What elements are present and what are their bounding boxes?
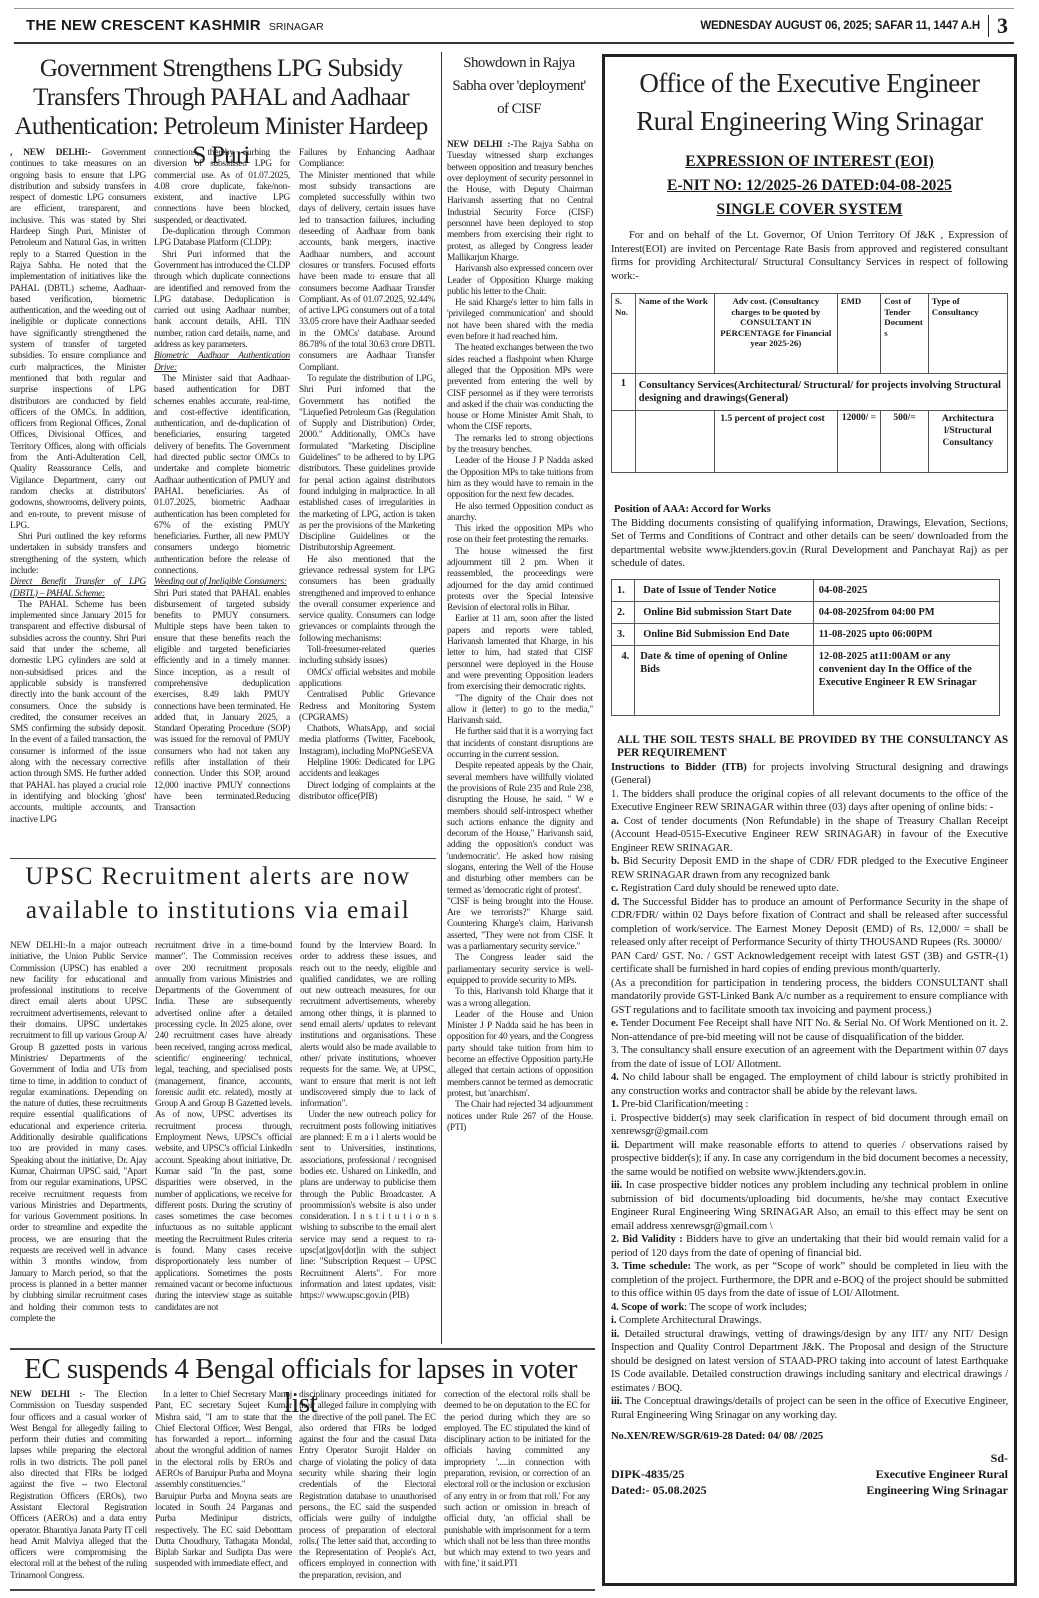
rajya-paragraph: He also termed Opposition conduct as ana… — [447, 502, 593, 525]
page-number: 3 — [997, 13, 1008, 39]
rajya-paragraph: He said Kharge's letter to him falls in … — [447, 298, 593, 343]
itb-heading: Instructions to Bidder (ITB) — [611, 762, 747, 773]
item-label: 1. — [611, 1099, 619, 1110]
instruction-item: In case prospective bidder notices any p… — [611, 1180, 1008, 1232]
upsc-paragraph: NEW DELHI:-In a major outreach initiativ… — [10, 941, 147, 1325]
lpg-dateline: , NEW DELHI:- — [10, 148, 91, 158]
rajya-paragraph: "The dignity of the Chair does not allow… — [447, 694, 593, 728]
lpg-paragraph: Failures by Enhancing Aadhaar Compliance… — [299, 148, 435, 171]
office-title-line-2: Rural Engineering Wing Srinagar — [611, 103, 1008, 139]
instruction-item: Tender Document Fee Receipt shall have N… — [611, 1018, 1008, 1043]
eoi-intro: For and on behalf of the Lt. Governor, O… — [611, 229, 1008, 283]
schedule-value: 04-08-2025 — [813, 579, 999, 601]
gst-note: (As a precondition for participation in … — [611, 977, 1008, 1018]
dipk-date: Dated:- 05.08.2025 — [611, 1482, 707, 1498]
rajya-dateline: NEW DELHI :- — [447, 140, 513, 150]
ec-paragraph: disciplinary proceedings initiated for t… — [299, 1390, 436, 1582]
grievance-mechanism: Chatbots, WhatsApp, and social media pla… — [299, 724, 435, 758]
cover-system-heading: SINGLE COVER SYSTEM — [611, 199, 1008, 221]
work-tender-cost: 500/= — [881, 411, 929, 473]
upsc-column-1: NEW DELHI:-In a major outreach initiativ… — [10, 941, 147, 1345]
lpg-paragraph: He also mentioned that the grievance red… — [299, 555, 435, 645]
ec-column-2: In a letter to Chief Secretary Manoj Pan… — [155, 1390, 292, 1586]
masthead: THE NEW CRESCENT KASHMIR SRINAGAR WEDNES… — [14, 8, 1014, 44]
schedule-no: 2. — [612, 601, 635, 623]
grievance-mechanism: Toll-freesumer-related queries including… — [299, 645, 435, 668]
eoi-heading: EXPRESSION OF INTEREST (EOI) — [611, 151, 1008, 173]
schedule-table: 1. Date of Issue of Tender Notice 04-08-… — [611, 579, 1000, 716]
rajya-paragraph: The remarks led to strong objections by … — [447, 434, 593, 457]
rajya-paragraph: The Rajya Sabha on Tuesday witnessed sha… — [447, 140, 593, 263]
schedule-value: 04-08-2025from 04:00 PM — [813, 601, 999, 623]
grievance-mechanism: OMCs' official websites and mobile appli… — [299, 668, 435, 691]
upsc-column-2: recruitment drive in a time-bound manner… — [155, 941, 292, 1345]
lpg-column-1: , NEW DELHI:- Government continues to ta… — [10, 148, 146, 854]
instruction-item: Pre-bid Clarification/meeting : — [619, 1099, 748, 1110]
grievance-mechanism: Centralised Public Grievance Redress and… — [299, 690, 435, 724]
rajya-paragraph: "CISF is being brought into the House. A… — [447, 897, 593, 953]
col-header-emd: EMD — [837, 294, 881, 374]
lpg-subheading: De-duplication through Common LPG Databa… — [154, 227, 290, 250]
office-title-line-1: Office of the Executive Engineer — [611, 65, 1008, 101]
instruction-item: Department will make reasonable efforts … — [611, 1140, 1008, 1178]
rajya-paragraph: Despite repeated appeals by the Chair, s… — [447, 761, 593, 897]
signature-row: Dated:- 05.08.2025 Engineering Wing Srin… — [611, 1482, 1008, 1498]
instruction-item: The Conceptual drawings/details of proje… — [611, 1396, 1008, 1421]
ec-column-4: correction of the electoral rolls shall … — [444, 1390, 590, 1586]
ec-paragraph: The Election Commission on Tuesday suspe… — [10, 1390, 147, 1581]
schedule-value: 11-08-2025 upto 06:00PM — [813, 623, 999, 645]
lpg-paragraph: Shri Puri outlined the key reforms under… — [10, 532, 146, 577]
lpg-paragraph: The Minister said that Aadhaar-based aut… — [154, 374, 290, 577]
schedule-row: 3. Online Bid Submission End Date 11-08-… — [612, 623, 1000, 645]
col-header-work: Name of the Work — [635, 294, 714, 374]
lpg-paragraph: The Minister mentioned that while most s… — [299, 171, 435, 374]
schedule-no: 3. — [612, 623, 635, 645]
work-table-header: S. No. Name of the Work Adv cost. (Consu… — [612, 294, 1008, 374]
schedule-no: 1. — [612, 579, 635, 601]
ec-paragraph: correction of the electoral rolls shall … — [444, 1390, 590, 1571]
empty-cell — [612, 411, 636, 473]
page-bottom-rule — [10, 1589, 595, 1591]
work-name: Consultancy Services(Architectural/ Stru… — [635, 374, 1007, 411]
instructions-to-bidder: Instructions to Bidder (ITB) for project… — [611, 761, 1008, 1423]
instruction-item: Bid Security Deposit EMD in the shape of… — [611, 856, 1008, 881]
rajya-paragraph: The house witnessed the first adjournmen… — [447, 547, 593, 615]
item-label: iii. — [611, 1180, 622, 1191]
ec-dateline: NEW DELHI :- — [10, 1390, 85, 1400]
tender-advertisement: Office of the Executive Engineer Rural E… — [602, 54, 1017, 1586]
schedule-row: 2. Online Bid submission Start Date 04-0… — [612, 601, 1000, 623]
instruction-item: i. Prospective bidder(s) may seek clarif… — [611, 1112, 1008, 1139]
col-header-sno: S. No. — [612, 294, 636, 374]
instruction-item: No child labour shall be engaged. The em… — [611, 1072, 1008, 1097]
schedule-label: Date of Issue of Tender Notice — [635, 579, 814, 601]
work-consultancy-type: Architectura l/Structural Consultancy — [928, 411, 1007, 473]
ec-column-3: disciplinary proceedings initiated for t… — [299, 1390, 436, 1586]
item-label: 4. Scope of work — [611, 1302, 684, 1313]
item-label: 4. — [611, 1072, 619, 1083]
rajya-paragraph: Leader of the House J P Nadda asked the … — [447, 456, 593, 501]
rajya-paragraph: He further said that it is a worrying fa… — [447, 727, 593, 761]
instruction-item: : The scope of work includes; — [684, 1302, 807, 1313]
instruction-item: Complete Architectural Drawings. — [616, 1315, 761, 1326]
signature-row: DIPK-4835/25 Executive Engineer Rural — [611, 1466, 1008, 1482]
instruction-item: PAN Card/ GST. No. / GST Acknowledgement… — [611, 950, 1008, 977]
item-label: a. — [611, 816, 619, 827]
work-table: S. No. Name of the Work Adv cost. (Consu… — [611, 293, 1008, 473]
rajya-paragraph: Harivansh also expressed concern over Le… — [447, 264, 593, 298]
upsc-paragraph: found by the Interview Board. In order t… — [300, 941, 436, 1110]
item-label: 3. Time schedule: — [611, 1261, 691, 1272]
lpg-paragraph: Government continues to take measures on… — [10, 148, 146, 531]
rajya-paragraph: Earlier at 11 am, soon after the listed … — [447, 614, 593, 693]
lpg-subheading: Biometric Aadhaar Authentication Drive: — [154, 351, 290, 372]
ec-column-1: NEW DELHI :- The Election Commission on … — [10, 1390, 147, 1586]
schedule-label: Online Bid submission Start Date — [635, 601, 814, 623]
masthead-divider — [988, 15, 989, 37]
grievance-mechanism: Helpline 1906: Dedicated for LPG acciden… — [299, 758, 435, 781]
lpg-column-3: Failures by Enhancing Aadhaar Compliance… — [299, 148, 435, 854]
rajya-column: NEW DELHI :-The Rajya Sabha on Tuesday w… — [447, 140, 593, 1344]
schedule-no: 4. — [612, 645, 635, 715]
rajya-paragraph: Leader of the House and Union Minister J… — [447, 1010, 593, 1100]
upsc-headline: UPSC Recruitment alerts are now availabl… — [8, 860, 428, 928]
newspaper-name: THE NEW CRESCENT KASHMIR — [26, 17, 261, 34]
rajya-paragraph: The Chair had rejected 34 adjournment no… — [447, 1100, 593, 1134]
empty-cell — [635, 411, 714, 473]
lpg-column-2: connections, thereby curbing the diversi… — [154, 148, 290, 854]
dipk-number: DIPK-4835/25 — [611, 1466, 684, 1482]
issue-date: WEDNESDAY AUGUST 06, 2025; SAFAR 11, 144… — [700, 20, 980, 32]
bidding-documents-text: The Bidding documents consisting of qual… — [611, 517, 1008, 571]
lpg-paragraph: connections, thereby curbing the diversi… — [154, 148, 290, 227]
schedule-row: 4. Date & time of opening of Online Bids… — [612, 645, 1000, 715]
item-label: 2. Bid Validity : — [611, 1234, 683, 1245]
rajya-paragraph: This irked the opposition MPs who rose o… — [447, 524, 593, 547]
work-adv-cost: 1.5 percent of project cost — [714, 411, 837, 473]
newspaper-city: SRINAGAR — [269, 21, 324, 33]
instruction-item: The Successful Bidder has to produce an … — [611, 897, 1008, 949]
section-divider — [10, 1348, 595, 1350]
instruction-item: 3. The consultancy shall ensure executio… — [611, 1044, 1008, 1071]
item-label: ii. — [611, 1329, 619, 1340]
schedule-label: Date & time of opening of Online Bids — [635, 645, 814, 715]
upsc-column-3: found by the Interview Board. In order t… — [300, 941, 436, 1345]
rajya-paragraph: To this, Harivansh told Kharge that it w… — [447, 987, 593, 1010]
schedule-value: 12-08-2025 at11:00AM or any convenient d… — [813, 645, 999, 715]
schedule-label: Online Bid Submission End Date — [635, 623, 814, 645]
col-header-adv-cost: Adv cost. (Consultancy charges to be quo… — [714, 294, 837, 374]
rajya-paragraph: The Congress leader said the parliamenta… — [447, 953, 593, 987]
signatory-line-2: Engineering Wing Srinagar — [866, 1482, 1008, 1498]
work-table-row: 1.5 percent of project cost 12000/ = 500… — [612, 411, 1008, 473]
instruction-item: Registration Card duly should be renewed… — [618, 883, 838, 894]
item-label: ii. — [611, 1140, 619, 1151]
signature-sd: Sd- — [991, 1450, 1008, 1466]
instruction-item: 1. The bidders shall produce the origina… — [611, 788, 1008, 815]
ec-paragraph: In a letter to Chief Secretary Manoj Pan… — [155, 1390, 292, 1492]
signature-block: Sd- — [611, 1450, 1008, 1466]
instruction-item: Cost of tender documents (Non Refundable… — [611, 816, 1008, 854]
work-sno: 1 — [612, 374, 636, 411]
item-label: iii. — [611, 1396, 622, 1407]
aaa-heading: Position of AAA: Accord for Works — [611, 503, 1008, 517]
instruction-item: Detailed structural drawings, vetting of… — [611, 1329, 1008, 1394]
col-header-tender-cost: Cost of Tender Document s — [881, 294, 929, 374]
work-emd: 12000/ = — [837, 411, 881, 473]
lpg-subheading: Weeding out of Ineligible Consumers: — [154, 577, 287, 587]
rajya-paragraph: The heated exchanges between the two sid… — [447, 343, 593, 433]
column-divider — [441, 52, 442, 1344]
grievance-mechanism: Direct lodging of complaints at the dist… — [299, 781, 435, 804]
soil-test-notice: ALL THE SOIL TESTS SHALL BE PROVIDED BY … — [611, 734, 1008, 760]
lpg-paragraph: Shri Puri stated that PAHAL enables disb… — [154, 589, 290, 815]
schedule-row: 1. Date of Issue of Tender Notice 04-08-… — [612, 579, 1000, 601]
rajya-headline: Showdown in Rajya Sabha over 'deployment… — [448, 52, 590, 121]
lpg-paragraph: Shri Puri informed that the Government h… — [154, 250, 290, 352]
upsc-paragraph: Under the new outreach policy for recrui… — [300, 1110, 436, 1302]
lpg-paragraph: The PAHAL Scheme has been implemented si… — [10, 600, 146, 826]
enit-heading: E-NIT NO: 12/2025-26 DATED:04-08-2025 — [611, 175, 1008, 197]
col-header-type: Type of Consultancy — [928, 294, 1007, 374]
signatory-line-1: Executive Engineer Rural — [876, 1466, 1008, 1482]
lpg-paragraph: To regulate the distribution of LPG, Shr… — [299, 374, 435, 555]
reference-number: No.XEN/REW/SGR/619-28 Dated: 04/ 08/ /20… — [611, 1430, 1008, 1444]
section-divider — [10, 858, 436, 859]
ec-paragraph: Baruipur Purba and Moyna seats are locat… — [155, 1492, 292, 1571]
upsc-paragraph: recruitment drive in a time-bound manner… — [155, 941, 292, 1314]
lpg-subheading: Direct Benefit Transfer of LPG (DBTL) – … — [10, 577, 146, 598]
work-table-row: 1 Consultancy Services(Architectural/ St… — [612, 374, 1008, 411]
